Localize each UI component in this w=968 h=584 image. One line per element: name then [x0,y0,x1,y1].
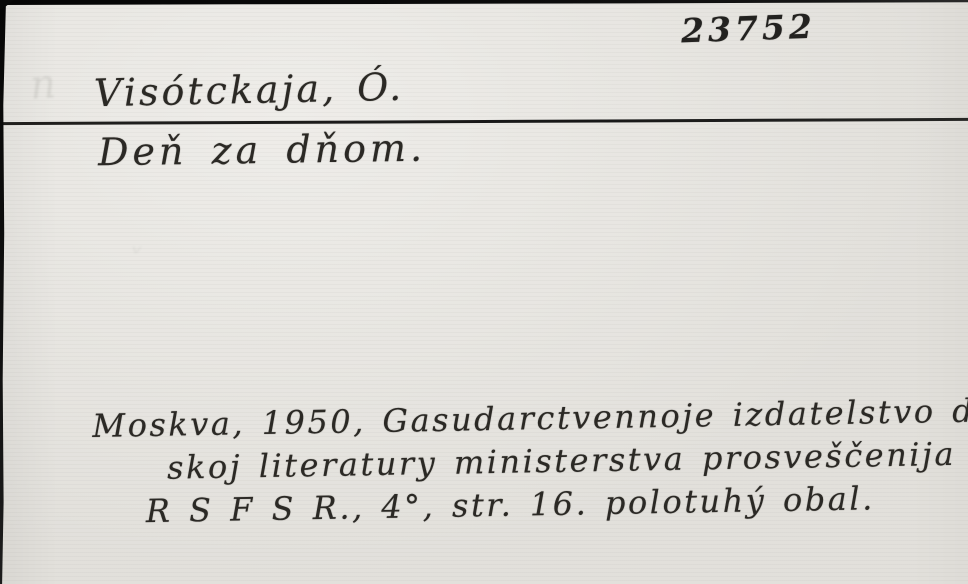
ghost-ink-mark: 𝑛 [28,61,57,109]
ghost-ink-mark: ˬ [130,218,145,253]
scan-edge-left [0,0,6,584]
scan-edge-corner [0,0,14,10]
ruled-divider-line [0,118,968,125]
catalog-number: 23752 [680,7,816,51]
title-line: Deň za dňom. [98,126,427,175]
author-heading: Visótckaja, Ó. [94,65,405,115]
scan-edge-top [0,0,968,5]
imprint-block: Moskva, 1950, Gasudarctvennoje izdatelst… [92,389,968,534]
